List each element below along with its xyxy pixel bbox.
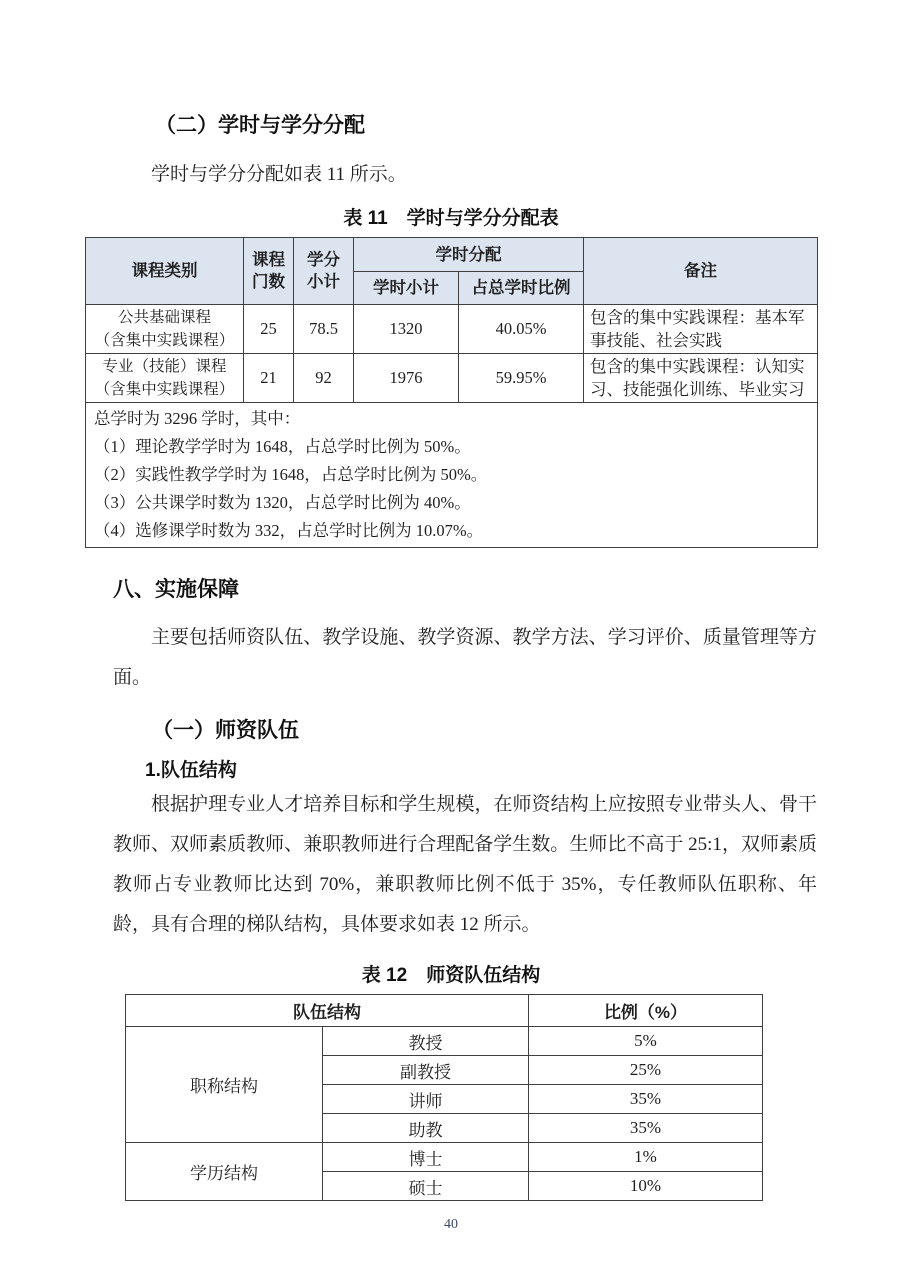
cell-percent: 59.95%	[459, 354, 584, 403]
table-row-professional-skill: 专业（技能）课程 （含集中实践课程） 21 92 1976 59.95% 包含的…	[86, 354, 818, 403]
header-credit-line2: 小计	[296, 271, 351, 293]
table-row-doctor: 学历结构 博士 1%	[126, 1143, 763, 1172]
header-course-count-line1: 课程	[246, 249, 291, 271]
cell-degree: 硕士	[323, 1172, 529, 1201]
cell-percent: 40.05%	[459, 305, 584, 354]
header-credit-line1: 学分	[296, 249, 351, 271]
note-line-4: （4）选修课学时数为 332，占总学时比例为 10.07%。	[94, 517, 809, 545]
table-12-title: 表 12 师资队伍结构	[85, 964, 817, 988]
cell-group-title-structure: 职称结构	[126, 1027, 323, 1143]
team-structure-paragraph: 根据护理专业人才培养目标和学生规模，在师资结构上应按照专业带头人、骨干教师、双师…	[113, 785, 817, 945]
cell-ratio: 5%	[529, 1027, 763, 1056]
table-11-hours-credits: 课程类别 课程 门数 学分 小计 学时分配 备注 学时小计 占总学时比例	[85, 237, 818, 548]
cell-hours: 1320	[354, 305, 459, 354]
cell-category-line2: （含集中实践课程）	[86, 378, 243, 401]
document-page: （二）学时与学分分配 学时与学分分配如表 11 所示。 表 11 学时与学分分配…	[0, 0, 900, 1272]
cell-credits: 92	[294, 354, 354, 403]
cell-rank: 副教授	[323, 1056, 529, 1085]
cell-hours: 1976	[354, 354, 459, 403]
cell-rank: 助教	[323, 1114, 529, 1143]
header-course-count: 课程 门数	[244, 238, 294, 305]
cell-remark: 包含的集中实践课程：认知实习、技能强化训练、毕业实习	[584, 354, 818, 403]
cell-group-education-structure: 学历结构	[126, 1143, 323, 1201]
header-team-structure: 队伍结构	[126, 995, 529, 1027]
cell-remark: 包含的集中实践课程：基本军事技能、社会实践	[584, 305, 818, 354]
cell-category: 公共基础课程 （含集中实践课程）	[86, 305, 244, 354]
cell-rank: 教授	[323, 1027, 529, 1056]
header-hour-subtotal: 学时小计	[354, 272, 459, 305]
cell-category-line2: （含集中实践课程）	[86, 329, 243, 352]
intro-paragraph: 学时与学分分配如表 11 所示。	[113, 162, 817, 188]
cell-ratio: 1%	[529, 1143, 763, 1172]
cell-course-count: 21	[244, 354, 294, 403]
header-course-count-line2: 门数	[246, 271, 291, 293]
cell-category-line1: 专业（技能）课程	[86, 355, 243, 378]
header-credit-subtotal: 学分 小计	[294, 238, 354, 305]
note-line-3: （3）公共课学时数为 1320，占总学时比例为 40%。	[94, 489, 809, 517]
table-11-notes-cell: 总学时为 3296 学时，其中： （1）理论教学学时为 1648，占总学时比例为…	[86, 403, 818, 548]
note-line-2: （2）实践性教学学时为 1648，占总学时比例为 50%。	[94, 461, 809, 489]
cell-credits: 78.5	[294, 305, 354, 354]
cell-rank: 讲师	[323, 1085, 529, 1114]
table-12-faculty-structure: 队伍结构 比例（%） 职称结构 教授 5% 副教授 25% 讲师 35%	[125, 994, 763, 1201]
header-hour-percent: 占总学时比例	[459, 272, 584, 305]
cell-degree: 博士	[323, 1143, 529, 1172]
table-row-professor: 职称结构 教授 5%	[126, 1027, 763, 1056]
section-heading-faculty-team: （一）师资队伍	[152, 717, 817, 745]
header-remark: 备注	[584, 238, 818, 305]
implementation-paragraph: 主要包括师资队伍、教学设施、教学资源、教学方法、学习评价、质量管理等方面。	[113, 618, 817, 698]
header-hour-group: 学时分配	[354, 238, 584, 272]
table-11-header-row-1: 课程类别 课程 门数 学分 小计 学时分配 备注	[86, 238, 818, 272]
cell-ratio: 25%	[529, 1056, 763, 1085]
cell-ratio: 35%	[529, 1114, 763, 1143]
cell-category-line1: 公共基础课程	[86, 306, 243, 329]
table-11-notes-row: 总学时为 3296 学时，其中： （1）理论教学学时为 1648，占总学时比例为…	[86, 403, 818, 548]
page-number: 40	[85, 1217, 817, 1233]
cell-ratio: 35%	[529, 1085, 763, 1114]
table-11-title: 表 11 学时与学分分配表	[85, 207, 817, 231]
section-heading-hours-credits: （二）学时与学分分配	[155, 112, 817, 140]
cell-course-count: 25	[244, 305, 294, 354]
header-ratio: 比例（%）	[529, 995, 763, 1027]
note-line-total: 总学时为 3296 学时，其中：	[94, 405, 809, 433]
section-heading-implementation: 八、实施保障	[113, 576, 817, 604]
page-content: （二）学时与学分分配 学时与学分分配如表 11 所示。 表 11 学时与学分分配…	[85, 112, 817, 1233]
subsection-heading-team-structure: 1.队伍结构	[145, 759, 817, 783]
header-category: 课程类别	[86, 238, 244, 305]
cell-ratio: 10%	[529, 1172, 763, 1201]
cell-category: 专业（技能）课程 （含集中实践课程）	[86, 354, 244, 403]
table-row-public-basic: 公共基础课程 （含集中实践课程） 25 78.5 1320 40.05% 包含的…	[86, 305, 818, 354]
note-line-1: （1）理论教学学时为 1648，占总学时比例为 50%。	[94, 433, 809, 461]
table-12-header-row: 队伍结构 比例（%）	[126, 995, 763, 1027]
